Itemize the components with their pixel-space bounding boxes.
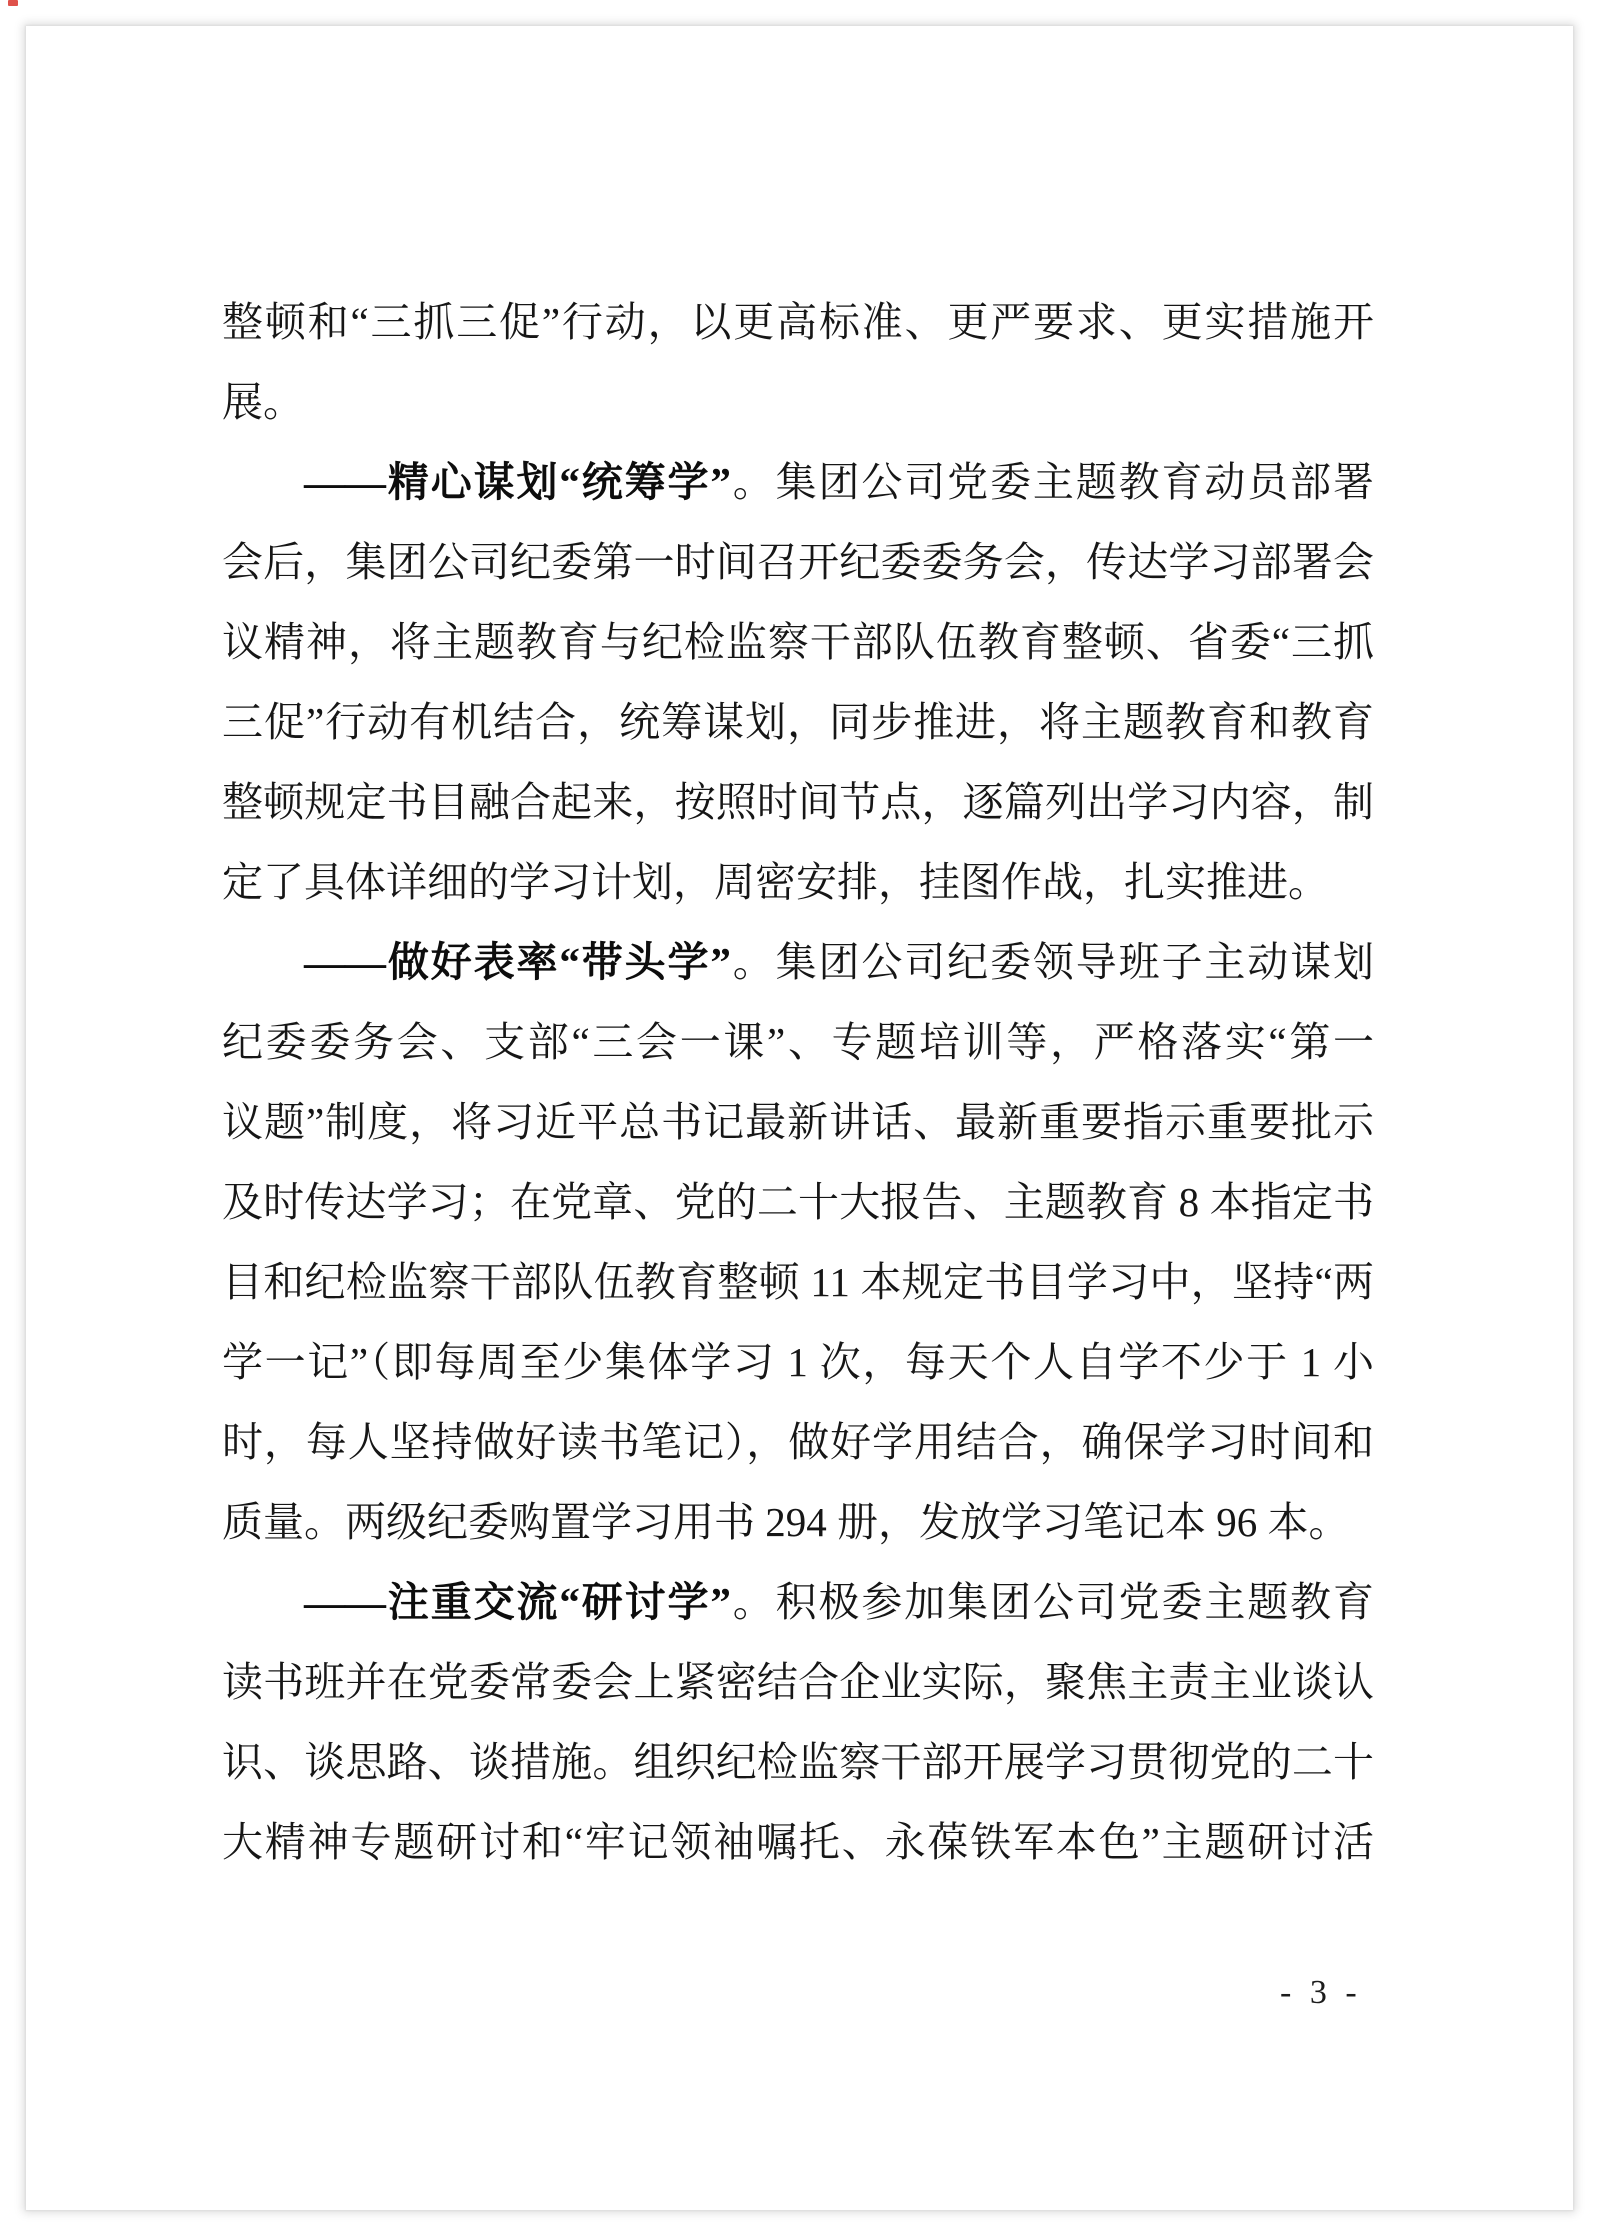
text-line: 读书班并在党委常委会上紧密结合企业实际，聚焦主责主业谈认 (222, 1642, 1374, 1722)
text-run: 。集团公司纪委领导班子主动谋划 (731, 939, 1374, 985)
text-run: 读书班并在党委常委会上紧密结合企业实际，聚焦主责主业谈认 (222, 1659, 1374, 1705)
text-run: 及时传达学习；在党章、党的二十大报告、主题教育 8 本指定书 (222, 1179, 1374, 1225)
text-line: 质量。两级纪委购置学习用书 294 册，发放学习笔记本 96 本。 (222, 1482, 1374, 1562)
text-line: 及时传达学习；在党章、党的二十大报告、主题教育 8 本指定书 (222, 1162, 1374, 1242)
text-run: 质量。两级纪委购置学习用书 294 册，发放学习笔记本 96 本。 (222, 1499, 1350, 1545)
text-line: ——注重交流“研讨学”。积极参加集团公司党委主题教育 (222, 1562, 1374, 1642)
text-line: 展。 (222, 362, 1374, 442)
text-line: 时，每人坚持做好读书笔记），做好学用结合，确保学习时间和 (222, 1402, 1374, 1482)
text-run: 。积极参加集团公司党委主题教育 (731, 1579, 1374, 1625)
text-line: 纪委委务会、支部“三会一课”、专题培训等，严格落实“第一 (222, 1002, 1374, 1082)
text-line: 三促”行动有机结合，统筹谋划，同步推进，将主题教育和教育 (222, 682, 1374, 762)
text-line: 学一记”（即每周至少集体学习 1 次，每天个人自学不少于 1 小 (222, 1322, 1374, 1402)
text-line: 议题”制度，将习近平总书记最新讲话、最新重要指示重要批示 (222, 1082, 1374, 1162)
text-run: 识、谈思路、谈措施。组织纪检监察干部开展学习贯彻党的二十 (222, 1739, 1374, 1785)
heading-run: ——做好表率“带头学” (304, 939, 731, 985)
text-run: 学一记”（即每周至少集体学习 1 次，每天个人自学不少于 1 小 (222, 1339, 1374, 1385)
scan-canvas: 整顿和“三抓三促”行动，以更高标准、更严要求、更实措施开展。——精心谋划“统筹学… (0, 0, 1600, 2239)
text-run: 整顿和“三抓三促”行动，以更高标准、更严要求、更实措施开 (222, 299, 1374, 345)
text-line: 整顿和“三抓三促”行动，以更高标准、更严要求、更实措施开 (222, 282, 1374, 362)
text-run: 整顿规定书目融合起来，按照时间节点，逐篇列出学习内容，制 (222, 779, 1374, 825)
text-line: 议精神，将主题教育与纪检监察干部队伍教育整顿、省委“三抓 (222, 602, 1374, 682)
text-run: 三促”行动有机结合，统筹谋划，同步推进，将主题教育和教育 (222, 699, 1374, 745)
text-line: ——精心谋划“统筹学”。集团公司党委主题教育动员部署 (222, 442, 1374, 522)
text-run: 议精神，将主题教育与纪检监察干部队伍教育整顿、省委“三抓 (222, 619, 1374, 665)
text-line: 定了具体详细的学习计划，周密安排，挂图作战，扎实推进。 (222, 842, 1374, 922)
text-line: 目和纪检监察干部队伍教育整顿 11 本规定书目学习中，坚持“两 (222, 1242, 1374, 1322)
text-run: 会后，集团公司纪委第一时间召开纪委委务会，传达学习部署会 (222, 539, 1374, 585)
text-run: 目和纪检监察干部队伍教育整顿 11 本规定书目学习中，坚持“两 (222, 1259, 1374, 1305)
text-run: 时，每人坚持做好读书笔记），做好学用结合，确保学习时间和 (222, 1419, 1374, 1465)
text-run: 议题”制度，将习近平总书记最新讲话、最新重要指示重要批示 (222, 1099, 1374, 1145)
text-line: ——做好表率“带头学”。集团公司纪委领导班子主动谋划 (222, 922, 1374, 1002)
text-run: 展。 (222, 379, 304, 425)
text-line: 整顿规定书目融合起来，按照时间节点，逐篇列出学习内容，制 (222, 762, 1374, 842)
text-line: 会后，集团公司纪委第一时间召开纪委委务会，传达学习部署会 (222, 522, 1374, 602)
text-run: 纪委委务会、支部“三会一课”、专题培训等，严格落实“第一 (222, 1019, 1374, 1065)
text-run: 定了具体详细的学习计划，周密安排，挂图作战，扎实推进。 (222, 859, 1329, 905)
text-block: 整顿和“三抓三促”行动，以更高标准、更严要求、更实措施开展。——精心谋划“统筹学… (222, 282, 1374, 1882)
text-line: 大精神专题研讨和“牢记领袖嘱托、永葆铁军本色”主题研讨活 (222, 1802, 1374, 1882)
red-scan-artifact (8, 0, 18, 6)
text-line: 识、谈思路、谈措施。组织纪检监察干部开展学习贯彻党的二十 (222, 1722, 1374, 1802)
text-run: 大精神专题研讨和“牢记领袖嘱托、永葆铁军本色”主题研讨活 (222, 1819, 1374, 1865)
heading-run: ——注重交流“研讨学” (304, 1579, 731, 1625)
text-run: 。集团公司党委主题教育动员部署 (731, 459, 1374, 505)
page-number: - 3 - (1280, 1974, 1362, 2012)
heading-run: ——精心谋划“统筹学” (304, 459, 731, 505)
